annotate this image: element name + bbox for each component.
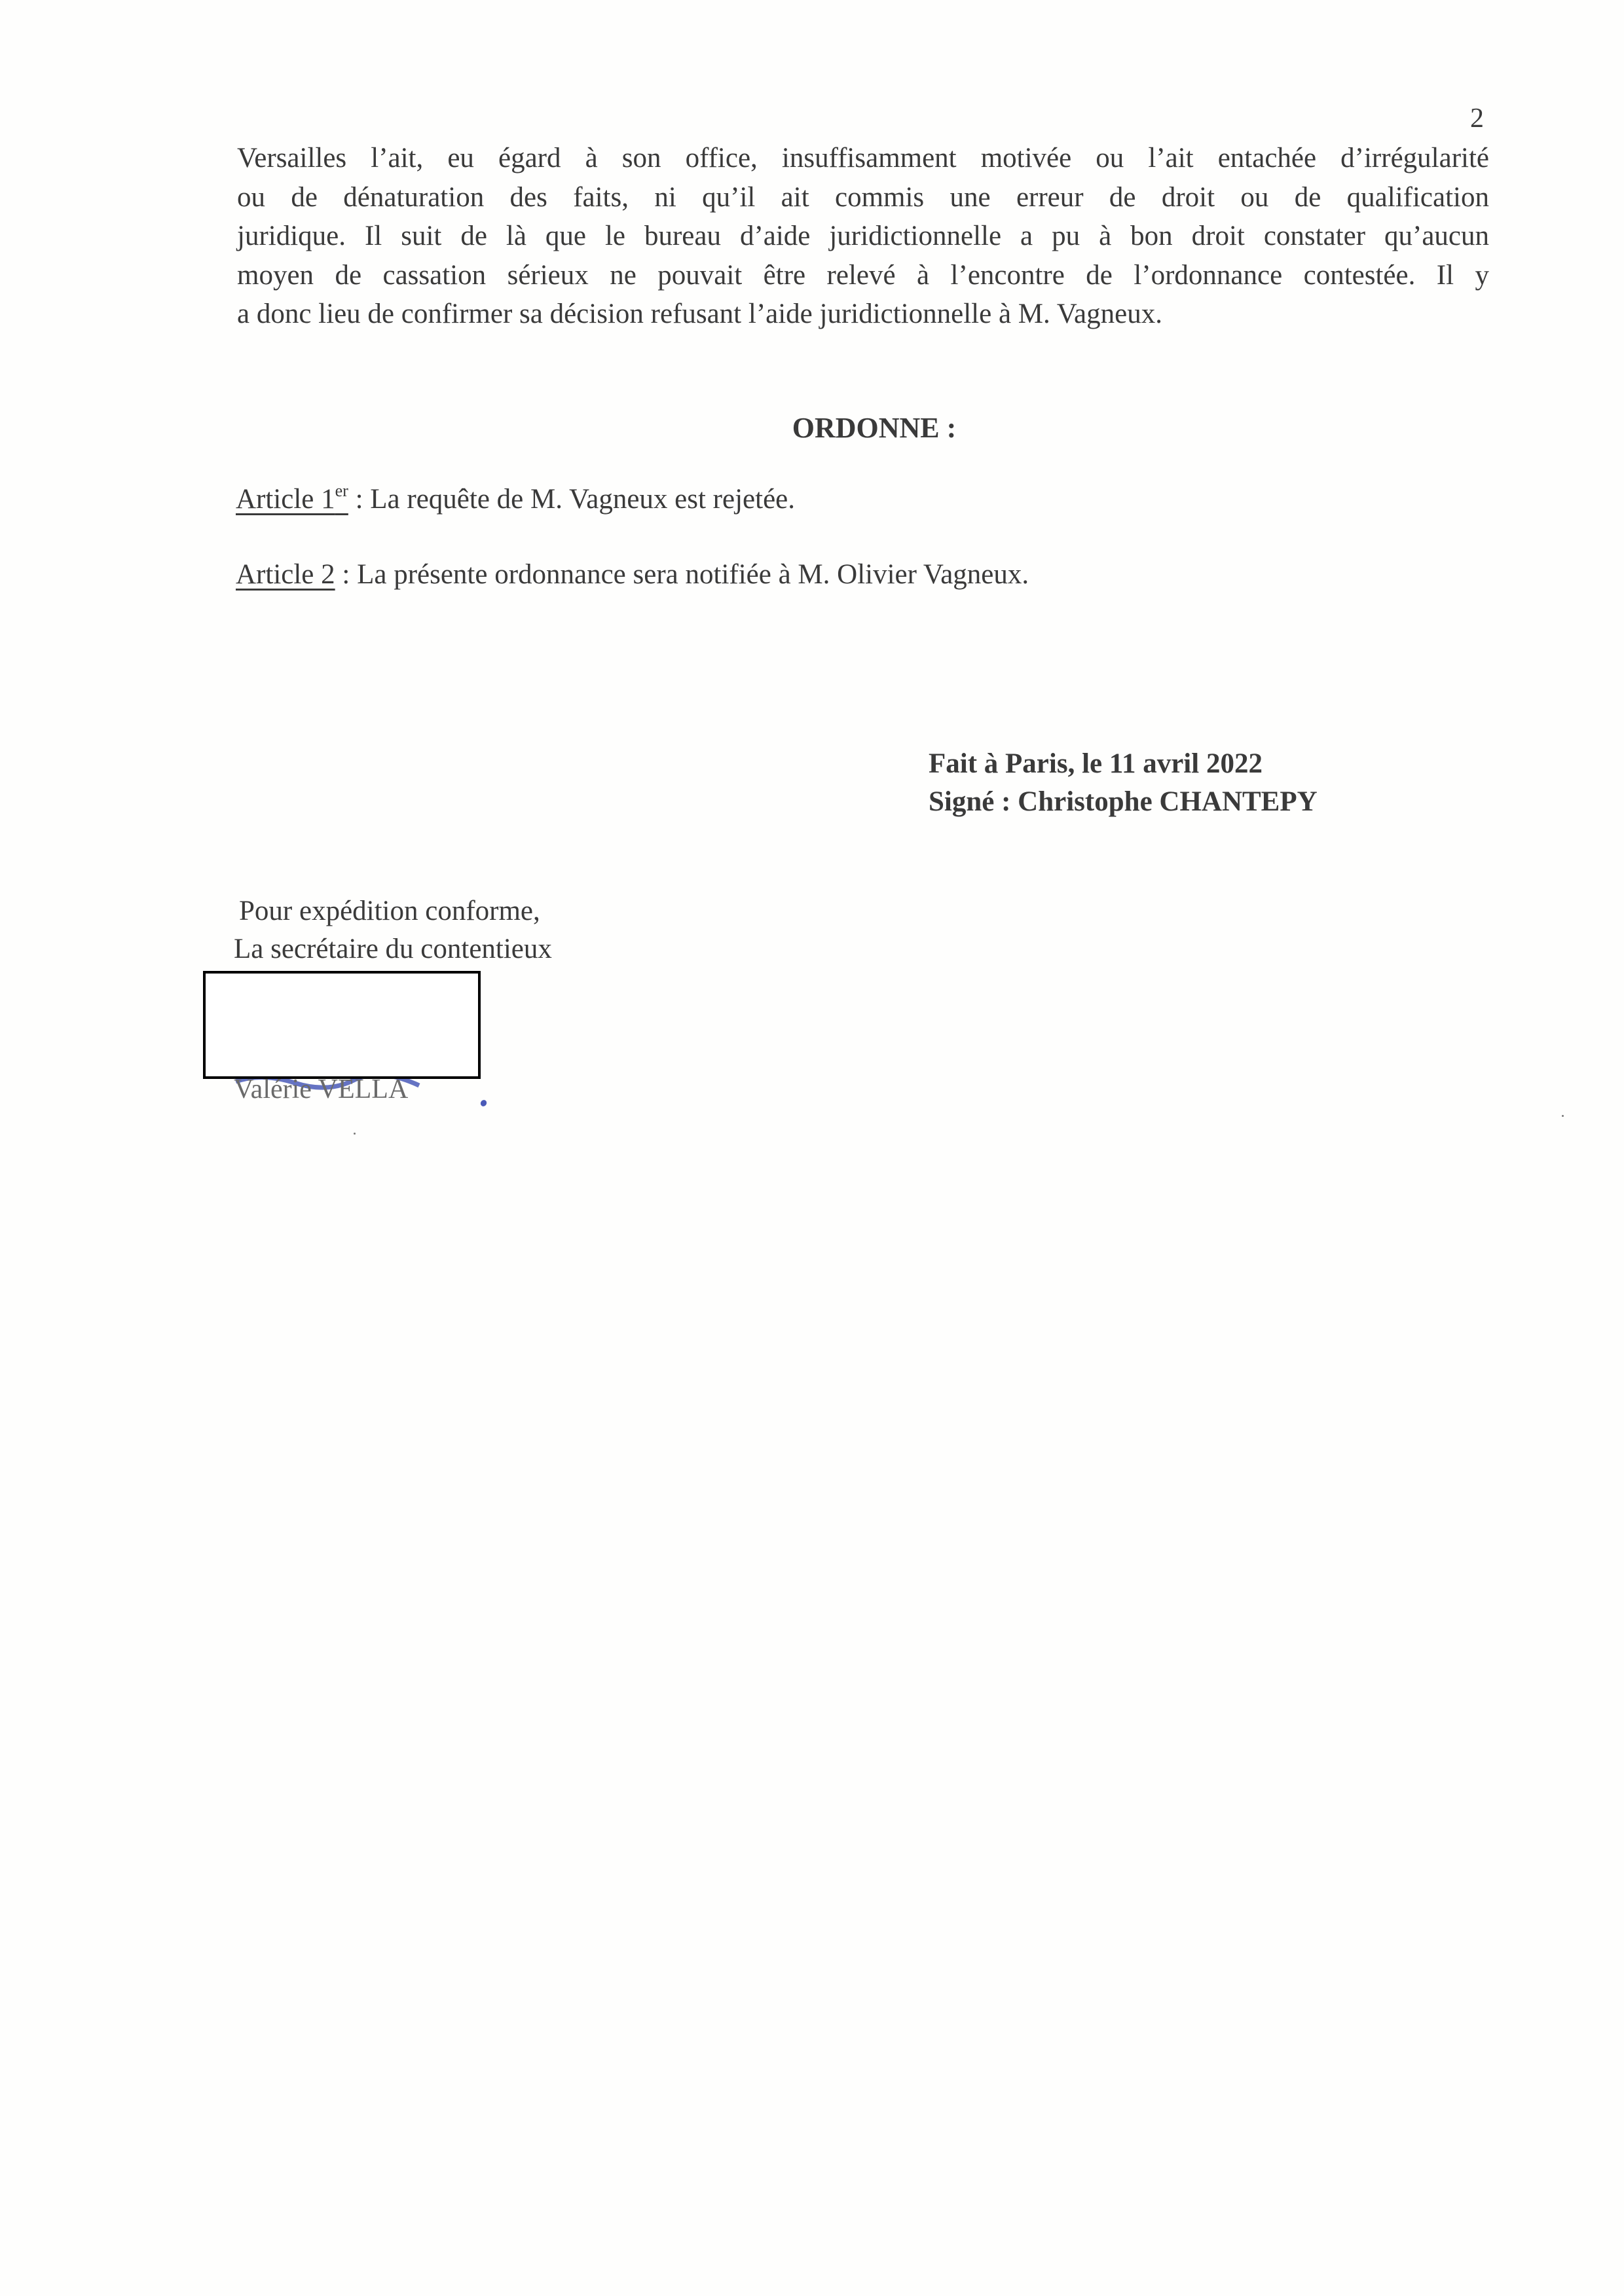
body-line: ou de dénaturation des faits, ni qu’il a…	[237, 178, 1489, 217]
article-1: Article 1er : La requête de M. Vagneux e…	[236, 483, 795, 515]
body-line: moyen de cassation sérieux ne pouvait êt…	[237, 256, 1489, 295]
stamp-dot-icon	[479, 1099, 488, 1107]
signature-block: Fait à Paris, le 11 avril 2022 Signé : C…	[929, 745, 1318, 821]
page-number: 2	[1470, 105, 1484, 132]
certification-line: Pour expédition conforme,	[234, 892, 552, 930]
redaction-box	[203, 971, 481, 1079]
place-date: Fait à Paris, le 11 avril 2022	[929, 745, 1318, 783]
article-2: Article 2 : La présente ordonnance sera …	[236, 558, 1029, 591]
article-label: Article 2	[236, 559, 335, 590]
certification-title: La secrétaire du contentieux	[234, 930, 552, 968]
body-line: Versailles l’ait, eu égard à son office,…	[237, 139, 1489, 178]
article-text: : La requête de M. Vagneux est rejetée.	[348, 484, 795, 515]
ruling-heading: ORDONNE :	[0, 411, 1624, 445]
article-text: : La présente ordonnance sera notifiée à…	[335, 559, 1029, 590]
body-line: a donc lieu de confirmer sa décision ref…	[237, 295, 1489, 334]
body-paragraph: Versailles l’ait, eu égard à son office,…	[237, 139, 1489, 334]
body-line: juridique. Il suit de là que le bureau d…	[237, 217, 1489, 256]
certification-block: Pour expédition conforme, La secrétaire …	[234, 892, 552, 968]
signed-by: Signé : Christophe CHANTEPY	[929, 783, 1318, 821]
scan-speck	[1562, 1115, 1564, 1117]
scan-speck	[354, 1133, 356, 1135]
article-superscript: er	[335, 481, 348, 500]
article-label: Article 1er	[236, 484, 348, 515]
